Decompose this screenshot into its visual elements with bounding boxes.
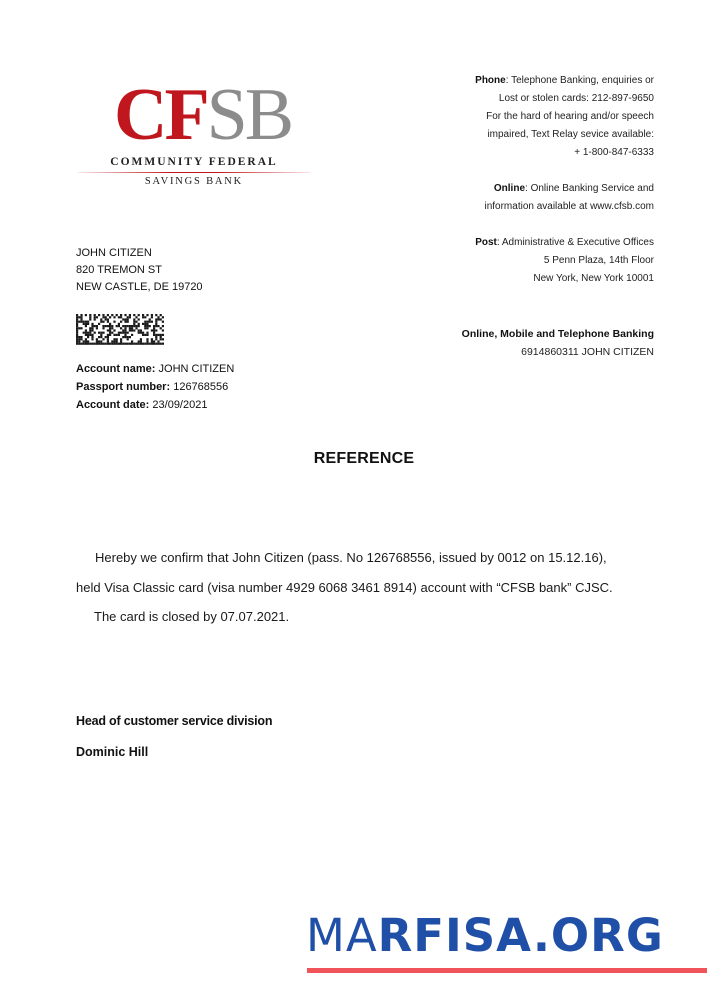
signatory-name: Dominic Hill <box>76 745 148 759</box>
online-line: information available at www.cfsb.com <box>484 198 654 216</box>
contact-online: Online: Online Banking Service and infor… <box>484 180 654 216</box>
recipient-name: JOHN CITIZEN <box>76 245 203 262</box>
contact-banking: Online, Mobile and Telephone Banking 691… <box>462 325 654 361</box>
online-line: Online Banking Service and <box>531 183 654 194</box>
passport-number-label: Passport number: <box>76 381 170 393</box>
phone-line: + 1-800-847-6333 <box>475 144 654 162</box>
post-line: Administrative & Executive Offices <box>502 237 654 248</box>
passport-number-value: 126768556 <box>173 381 228 393</box>
watermark-text-bold: RFISA <box>378 909 533 962</box>
banking-account-line: 6914860311 JOHN CITIZEN <box>462 343 654 361</box>
watermark-underline <box>307 968 707 973</box>
document-title: REFERENCE <box>0 450 720 468</box>
post-line: 5 Penn Plaza, 14th Floor <box>475 252 654 270</box>
phone-line: Telephone Banking, enquiries or <box>511 75 654 86</box>
watermark-text-thin: MA <box>306 909 378 962</box>
logo-letters-gray: SB <box>207 74 292 156</box>
bank-logo: CFSB COMMUNITY FEDERAL SAVINGS BANK <box>78 78 310 190</box>
phone-line: For the hard of hearing and/or speech <box>475 108 654 126</box>
recipient-city: NEW CASTLE, DE 19720 <box>76 279 203 296</box>
marfisa-watermark: MARFISA.ORG <box>306 912 664 960</box>
phone-line: Lost or stolen cards: 212-897-9650 <box>475 90 654 108</box>
logo-wordmark: CFSB <box>114 78 291 152</box>
account-date-value: 23/09/2021 <box>152 399 207 411</box>
logo-divider <box>78 172 310 173</box>
recipient-street: 820 TREMON ST <box>76 262 203 279</box>
post-label: Post <box>475 237 497 248</box>
phone-label: Phone <box>475 75 506 86</box>
signatory-title: Head of customer service division <box>76 714 272 728</box>
contact-phone: Phone: Telephone Banking, enquiries or L… <box>475 72 654 162</box>
body-line-3: The card is closed by 07.07.2021. <box>94 609 289 624</box>
logo-line-2: SAVINGS BANK <box>78 176 310 187</box>
post-line: New York, New York 10001 <box>475 270 654 288</box>
account-info: Account name: JOHN CITIZEN Passport numb… <box>76 360 234 414</box>
datamatrix-barcode-icon <box>76 314 165 346</box>
online-label: Online <box>494 183 525 194</box>
recipient-address: JOHN CITIZEN 820 TREMON ST NEW CASTLE, D… <box>76 245 203 296</box>
body-line-1: Hereby we confirm that John Citizen (pas… <box>95 550 607 565</box>
logo-letters-red: CF <box>114 74 207 156</box>
body-line-2: held Visa Classic card (visa number 4929… <box>76 580 613 595</box>
account-name-value: JOHN CITIZEN <box>159 363 235 375</box>
account-date-label: Account date: <box>76 399 149 411</box>
contact-post: Post: Administrative & Executive Offices… <box>475 234 654 288</box>
phone-line: impaired, Text Relay sevice available: <box>475 126 654 144</box>
account-name-label: Account name: <box>76 363 155 375</box>
watermark-text-domain: .ORG <box>533 909 664 962</box>
banking-title: Online, Mobile and Telephone Banking <box>462 328 654 340</box>
logo-line-1: COMMUNITY FEDERAL <box>78 156 310 168</box>
